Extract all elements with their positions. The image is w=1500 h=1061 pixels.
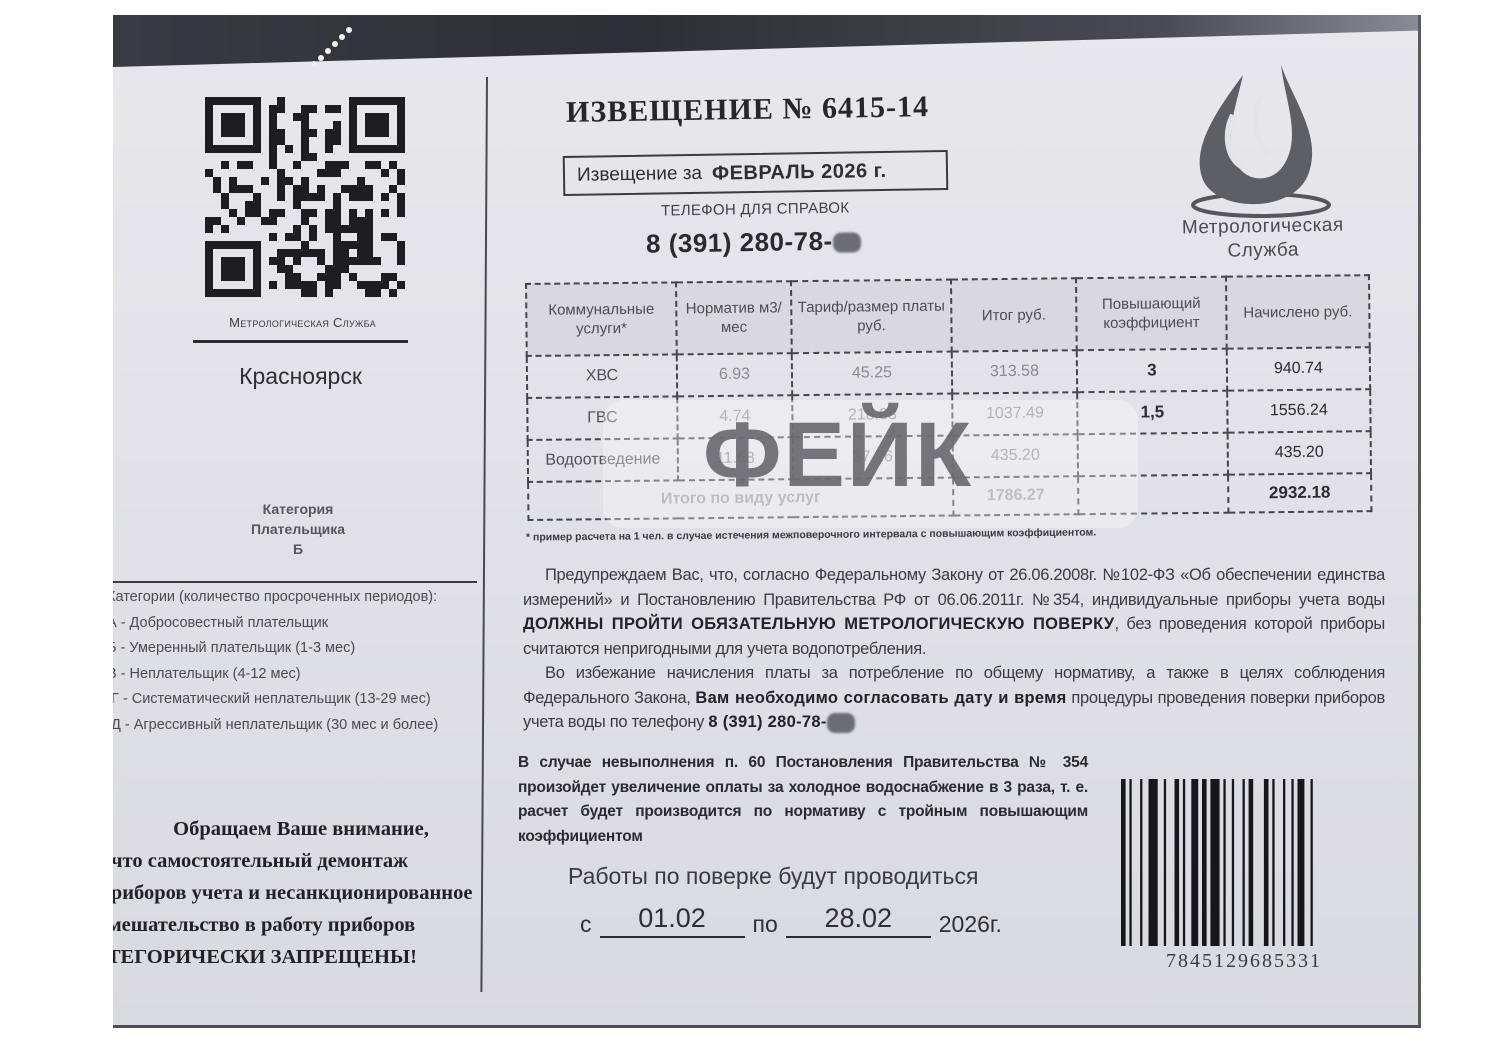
category-item: А - Добросовестный плательщик (113, 611, 487, 637)
qr-caption: Метрологическая Служба (195, 315, 410, 330)
warning-line: Обращаем Ваше внимание, (113, 813, 491, 845)
penalty-notice: В случае невыполнения п. 60 Постановлени… (518, 751, 1088, 849)
legal-warning: Предупреждаем Вас, что, согласно Федерал… (523, 563, 1385, 735)
total-charged: 2932.18 (1228, 473, 1371, 512)
cell-coef: 3 (1077, 349, 1227, 393)
payer-category-label-2: Плательщика (208, 519, 388, 539)
qr-underline (193, 340, 408, 343)
col-header-coef: Повышающий коэффициент (1076, 277, 1227, 351)
table-header-row: Коммунальные услуги* Норматив м3/мес Тар… (526, 275, 1370, 356)
dismantling-warning: Обращаем Ваше внимание, что самостоятель… (113, 813, 491, 973)
period-label: Извещение за (577, 163, 702, 187)
redaction-mark (827, 713, 855, 733)
category-item: В - Неплательщик (4-12 мес) (113, 662, 487, 688)
warning-line: КАТЕГОРИЧЕСКИ ЗАПРЕЩЕНЫ! (113, 941, 491, 973)
category-item: Д - Агрессивный неплательщик (30 мес и б… (113, 713, 487, 739)
city-name: Красноярск (193, 363, 408, 390)
warning-line: вмешательство в работу приборов (113, 909, 491, 941)
schedule-dates: с 01.02 по 28.02 2026г. (580, 903, 1002, 938)
redaction-mark (833, 232, 861, 252)
warning-line: что самостоятельный демонтаж (113, 845, 491, 877)
col-header-service: Коммунальные услуги* (526, 282, 677, 356)
payer-category-value: Б (208, 539, 388, 559)
table-footnote: * пример расчета на 1 чел. в случае исте… (526, 527, 1096, 544)
category-item: Г - Систематический неплательщик (13-29 … (113, 687, 487, 713)
col-header-norm: Норматив м3/мес (676, 281, 792, 354)
col-header-tariff: Тариф/размер платы руб. (791, 280, 952, 354)
cell-norm: 6.93 (677, 353, 792, 396)
notice-title: ИЗВЕЩЕНИЕ № 6415-14 (566, 90, 929, 130)
cell-charged: 1556.24 (1227, 389, 1370, 432)
payer-category-label: Категория (208, 499, 388, 519)
phone-number: 8 (391) 280-78- (646, 225, 861, 259)
legal-paragraph-2: Во избежание начисления платы за потребл… (523, 661, 1385, 735)
from-label: с (580, 911, 592, 938)
legal-bold-text: Вам необходимо согласовать дату и время (695, 689, 1066, 707)
cell-service: ХВС (527, 354, 677, 398)
qr-code-icon (205, 97, 405, 297)
dotted-decoration (308, 27, 368, 67)
to-date: 28.02 (786, 903, 931, 938)
category-legend: Категории (количество просроченных перио… (113, 585, 487, 738)
cell-tariff: 45.25 (792, 352, 952, 396)
flame-drop-logo-icon (1173, 55, 1343, 225)
schedule-title: Работы по поверке будут проводиться (568, 863, 979, 890)
from-date: 01.02 (600, 903, 745, 938)
phone-number-text: 8 (391) 280-78- (646, 226, 833, 259)
period-value: ФЕВРАЛЬ 2026 г. (712, 159, 887, 185)
legal-bold-text: ДОЛЖНЫ ПРОЙТИ ОБЯЗАТЕЛЬНУЮ МЕТРОЛОГИЧЕСК… (523, 615, 1114, 633)
warning-line: приборов учета и несанкционированное (113, 877, 491, 909)
category-divider (113, 581, 477, 583)
category-item: Б - Умеренный плательщик (1-3 мес) (113, 636, 487, 662)
phone-label: ТЕЛЕФОН ДЛЯ СПРАВОК (661, 200, 850, 220)
cell-charged: 940.74 (1227, 347, 1370, 390)
category-heading: Категории (количество просроченных перио… (113, 585, 487, 611)
notice-sheet: Метрологическая Служба Красноярск Катего… (113, 15, 1421, 1028)
barcode-icon (1113, 771, 1413, 946)
logo-text: Метрологическая Служба (1153, 213, 1374, 265)
cell-charged: 435.20 (1228, 431, 1371, 474)
payer-category: Категория Плательщика Б (208, 499, 388, 559)
logo-line: Метрологическая (1153, 213, 1373, 241)
billing-period: Извещение за ФЕВРАЛЬ 2026 г. (563, 150, 949, 196)
to-label: по (753, 911, 778, 938)
col-header-charged: Начислено руб. (1226, 275, 1370, 348)
fake-stamp: ФЕЙК (703, 403, 973, 508)
schedule-year: 2026г. (939, 911, 1002, 938)
cell-total: 313.58 (952, 350, 1077, 393)
legal-paragraph-1: Предупреждаем Вас, что, согласно Федерал… (523, 563, 1385, 661)
legal-text: Предупреждаем Вас, что, согласно Федерал… (523, 566, 1385, 609)
logo-line: Служба (1153, 237, 1373, 265)
col-header-total: Итог руб. (951, 278, 1077, 351)
legal-phone: 8 (391) 280-78- (708, 713, 826, 731)
barcode-number: 7845129685331 (1166, 950, 1322, 973)
